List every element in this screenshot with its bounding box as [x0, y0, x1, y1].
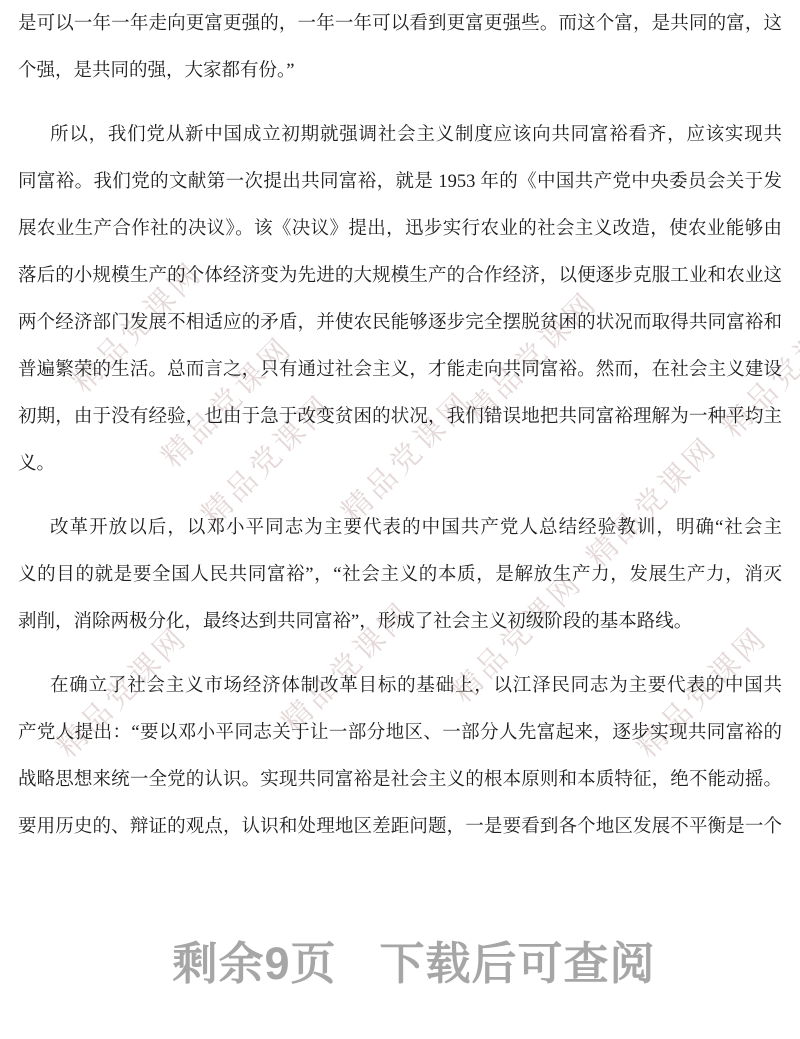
pages-remaining-banner: 剩余9页 下载后可查阅 — [14, 941, 800, 986]
paragraph: 是可以一年一年走向更富更强的，一年一年可以看到更富更强些。而这个富，是共同的富，… — [18, 1, 782, 95]
document-body: 是可以一年一年走向更富更强的，一年一年可以看到更富更强些。而这个富，是共同的富，… — [0, 0, 800, 851]
text-line: 要用历史的、辩证的观点，认识和处理地区差距问题，一是要看到各个地区发展不平衡是一… — [18, 804, 782, 851]
text-line: 义的目的就是要全国人民共同富裕”，“社会主义的本质，是解放生产力，发展生产力，消… — [18, 552, 782, 599]
text-line: 所以，我们党从新中国成立初期就强调社会主义制度应该向共同富裕看齐，应该实现共 — [18, 112, 782, 159]
text-line: 个强，是共同的强，大家都有份。” — [18, 48, 782, 95]
pages-remaining-label: 剩余9页 — [172, 941, 336, 986]
text-line: 改革开放以后，以邓小平同志为主要代表的中国共产党人总结经验教训，明确“社会主 — [18, 505, 782, 552]
text-line: 是可以一年一年走向更富更强的，一年一年可以看到更富更强些。而这个富，是共同的富，… — [18, 1, 782, 48]
download-hint-label: 下载后可查阅 — [380, 941, 656, 986]
text-line: 两个经济部门发展不相适应的矛盾，并使农民能够逐步完全摆脱贫困的状况而取得共同富裕… — [18, 300, 782, 347]
text-line: 同富裕。我们党的文献第一次提出共同富裕，就是 1953 年的《中国共产党中央委员… — [18, 159, 782, 206]
text-line: 在确立了社会主义市场经济体制改革目标的基础上，以江泽民同志为主要代表的中国共 — [18, 663, 782, 710]
text-line: 战略思想来统一全党的认识。实现共同富裕是社会主义的根本原则和本质特征，绝不能动摇… — [18, 757, 782, 804]
paragraph: 改革开放以后，以邓小平同志为主要代表的中国共产党人总结经验教训，明确“社会主义的… — [18, 505, 782, 646]
text-line: 义。 — [18, 441, 782, 488]
text-line: 产党人提出：“要以邓小平同志关于让一部分地区、一部分人先富起来，逐步实现共同富裕… — [18, 710, 782, 757]
paragraph: 在确立了社会主义市场经济体制改革目标的基础上，以江泽民同志为主要代表的中国共产党… — [18, 663, 782, 851]
text-line: 普遍繁荣的生活。总而言之，只有通过社会主义，才能走向共同富裕。然而，在社会主义建… — [18, 347, 782, 394]
text-line: 剥削，消除两极分化，最终达到共同富裕”，形成了社会主义初级阶段的基本路线。 — [18, 599, 782, 646]
document-page: 精品党课网精品党课网精品党课网精品党课网精品党课网精品党课网精品党课网精品党课网… — [0, 0, 800, 1039]
text-line: 初期，由于没有经验，也由于急于改变贫困的状况，我们错误地把共同富裕理解为一种平均… — [18, 394, 782, 441]
paragraph: 所以，我们党从新中国成立初期就强调社会主义制度应该向共同富裕看齐，应该实现共同富… — [18, 112, 782, 488]
text-line: 展农业生产合作社的决议》。该《决议》提出，迅步实行农业的社会主义改造，使农业能够… — [18, 206, 782, 253]
text-line: 落后的小规模生产的个体经济变为先进的大规模生产的合作经济，以便逐步克服工业和农业… — [18, 253, 782, 300]
